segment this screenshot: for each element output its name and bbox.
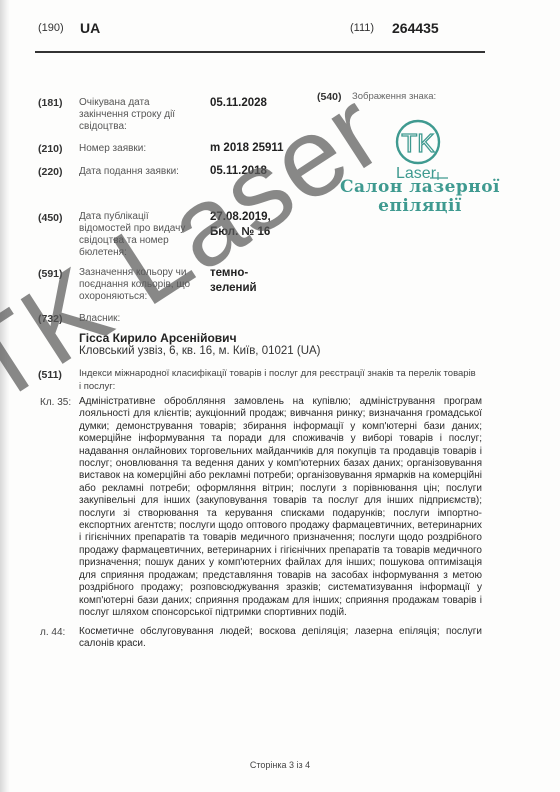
field-code-210: (210): [38, 143, 63, 155]
class-44-text: Косметичне обслуговування людей; воскова…: [79, 626, 482, 651]
class-44-code: л. 44:: [40, 627, 65, 638]
registration-number: 264435: [392, 20, 439, 36]
color-line-1: темно-: [210, 266, 257, 281]
owner-address: Кловський узвіз, 6, кв. 16, м. Київ, 010…: [79, 345, 321, 357]
bulletin-number: Бюл. № 16: [210, 225, 271, 240]
tagline-line-1: Салон лазерної: [325, 178, 515, 197]
publication-date: 27.08.2019,: [210, 210, 271, 225]
country-value: UA: [80, 20, 100, 36]
logo-tagline: Салон лазерної епіляції: [325, 178, 515, 216]
field-value-expiry: 05.11.2028: [210, 96, 267, 111]
field-value-publication: 27.08.2019, Бюл. № 16: [210, 210, 271, 240]
field-code-540: (540): [317, 91, 342, 103]
class-35-code: Кл. 35:: [40, 397, 71, 408]
logo-letters: TK: [401, 128, 435, 158]
class-35-text: Адміністративне оброблляння замовлень на…: [79, 396, 482, 619]
field-value-application-number: m 2018 25911: [210, 141, 284, 156]
registration-code-label: (111): [350, 22, 374, 34]
field-code-511: (511): [38, 369, 62, 381]
field-code-591: (591): [38, 268, 63, 280]
color-line-2: зелений: [210, 281, 257, 296]
owner-name: Гісса Кирило Арсенійович: [79, 331, 237, 345]
page-number: Сторінка 3 із 4: [0, 760, 560, 770]
field-label-filing-date: Дата подання заявки:: [79, 166, 209, 178]
field-value-colors: темно- зелений: [210, 266, 257, 296]
field-code-220: (220): [38, 166, 63, 178]
field-code-732: (732): [38, 313, 63, 325]
field-code-181: (181): [38, 97, 63, 109]
field-code-450: (450): [38, 212, 63, 224]
scan-edge-shadow: [0, 0, 10, 792]
mark-image-label: Зображення знака:: [352, 91, 436, 102]
header-divider: [35, 51, 485, 53]
field-label-application-number: Номер заявки:: [79, 143, 209, 155]
field-label-expiry: Очікувана дата закінчення строку дії сві…: [79, 97, 194, 133]
field-value-filing-date: 05.11.2018: [210, 164, 267, 179]
tagline-line-2: епіляції: [325, 197, 515, 216]
country-code-label: (190): [38, 22, 64, 34]
field-label-publication: Дата публікації відомостей про видачу св…: [79, 211, 194, 259]
classification-intro: Індекси міжнародної класифікації товарів…: [79, 368, 479, 393]
field-label-colors: Зазначення кольору чи поєднання кольорів…: [79, 267, 194, 303]
owner-label: Власник:: [79, 313, 194, 325]
